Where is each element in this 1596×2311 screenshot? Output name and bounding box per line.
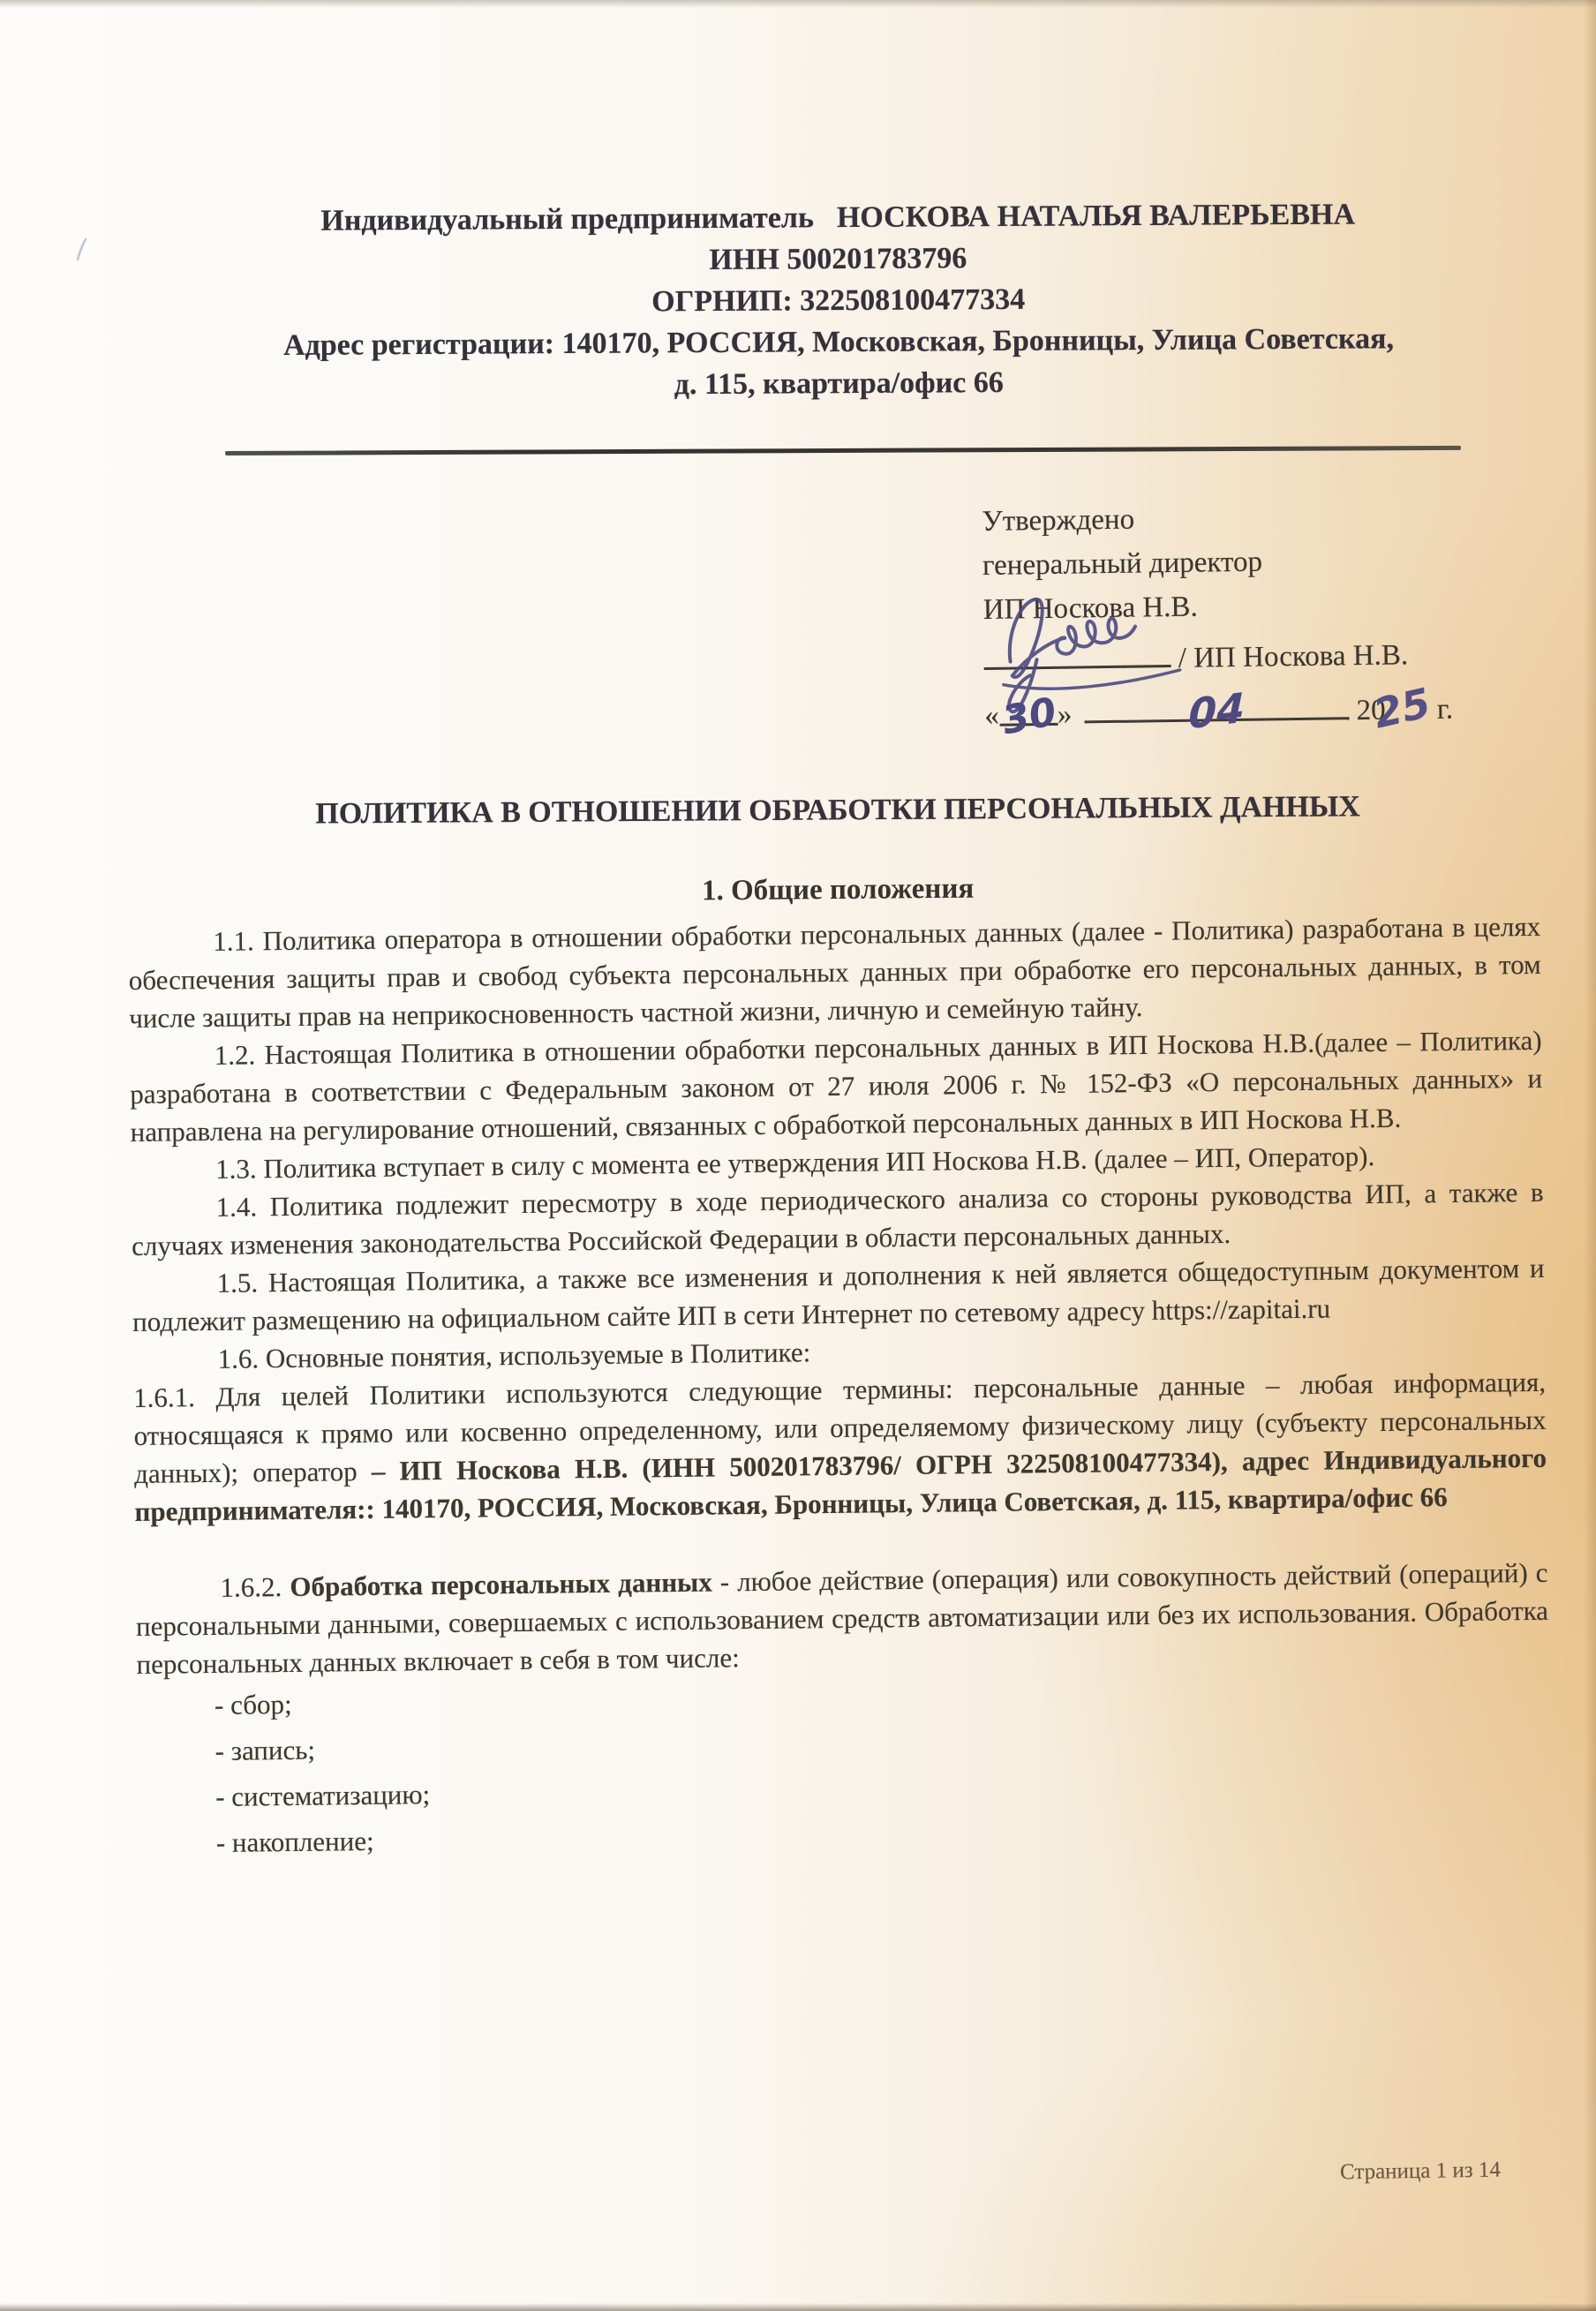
- document-title: ПОЛИТИКА В ОТНОШЕНИИ ОБРАБОТКИ ПЕРСОНАЛЬ…: [132, 789, 1543, 832]
- photo-bottom-edge: [0, 2303, 1596, 2311]
- paragraph-1-6-2-number: 1.6.2.: [220, 1571, 290, 1603]
- address-line-2: д. 115, квартира/офис 66: [133, 358, 1544, 409]
- handwritten-signature: [990, 574, 1256, 727]
- processing-term-bold: Обработка персональных данных: [290, 1567, 712, 1602]
- section-heading: 1. Общие положения: [132, 868, 1543, 913]
- address-line-1: Адрес регистрации: 140170, РОССИЯ, Моско…: [133, 317, 1544, 367]
- divider-line: [225, 446, 1461, 455]
- year-suffix: г.: [1437, 694, 1454, 726]
- page-header: Индивидуальный предпринимательНОСКОВА НА…: [132, 192, 1544, 409]
- paragraph-1-1: 1.1. Политика оператора в отношении обра…: [128, 907, 1541, 1037]
- paragraph-1-6-1: 1.6.1. Для целей Политики используются с…: [133, 1363, 1547, 1531]
- handwritten-year: 25: [1370, 681, 1435, 736]
- document-photo: { "header": { "org_type": "Индивидуальны…: [0, 0, 1596, 2311]
- approval-status: Утверждено: [982, 492, 1547, 544]
- paragraph-1-6-2: 1.6.2. Обработка персональных данных - л…: [135, 1554, 1548, 1683]
- processing-list: - сбор; - запись; - систематизацию; - на…: [137, 1667, 1551, 1867]
- paragraph-1-2: 1.2. Настоящая Политика в отношении обра…: [129, 1021, 1542, 1151]
- document-body: 1.1. Политика оператора в отношении обра…: [128, 907, 1551, 1867]
- approval-block: Утверждено генеральный директор ИП Носко…: [982, 492, 1550, 738]
- photo-right-edge: [1584, 0, 1596, 2311]
- person-name: НОСКОВА НАТАЛЬЯ ВАЛЕРЬЕВНА: [837, 199, 1355, 235]
- org-type-label: Индивидуальный предприниматель: [320, 201, 814, 237]
- header-line-1: Индивидуальный предпринимательНОСКОВА НА…: [132, 192, 1543, 243]
- photo-top-edge: [0, 0, 1596, 8]
- page-number: Страница 1 из 14: [1340, 2158, 1501, 2186]
- stray-pen-mark: [74, 237, 88, 263]
